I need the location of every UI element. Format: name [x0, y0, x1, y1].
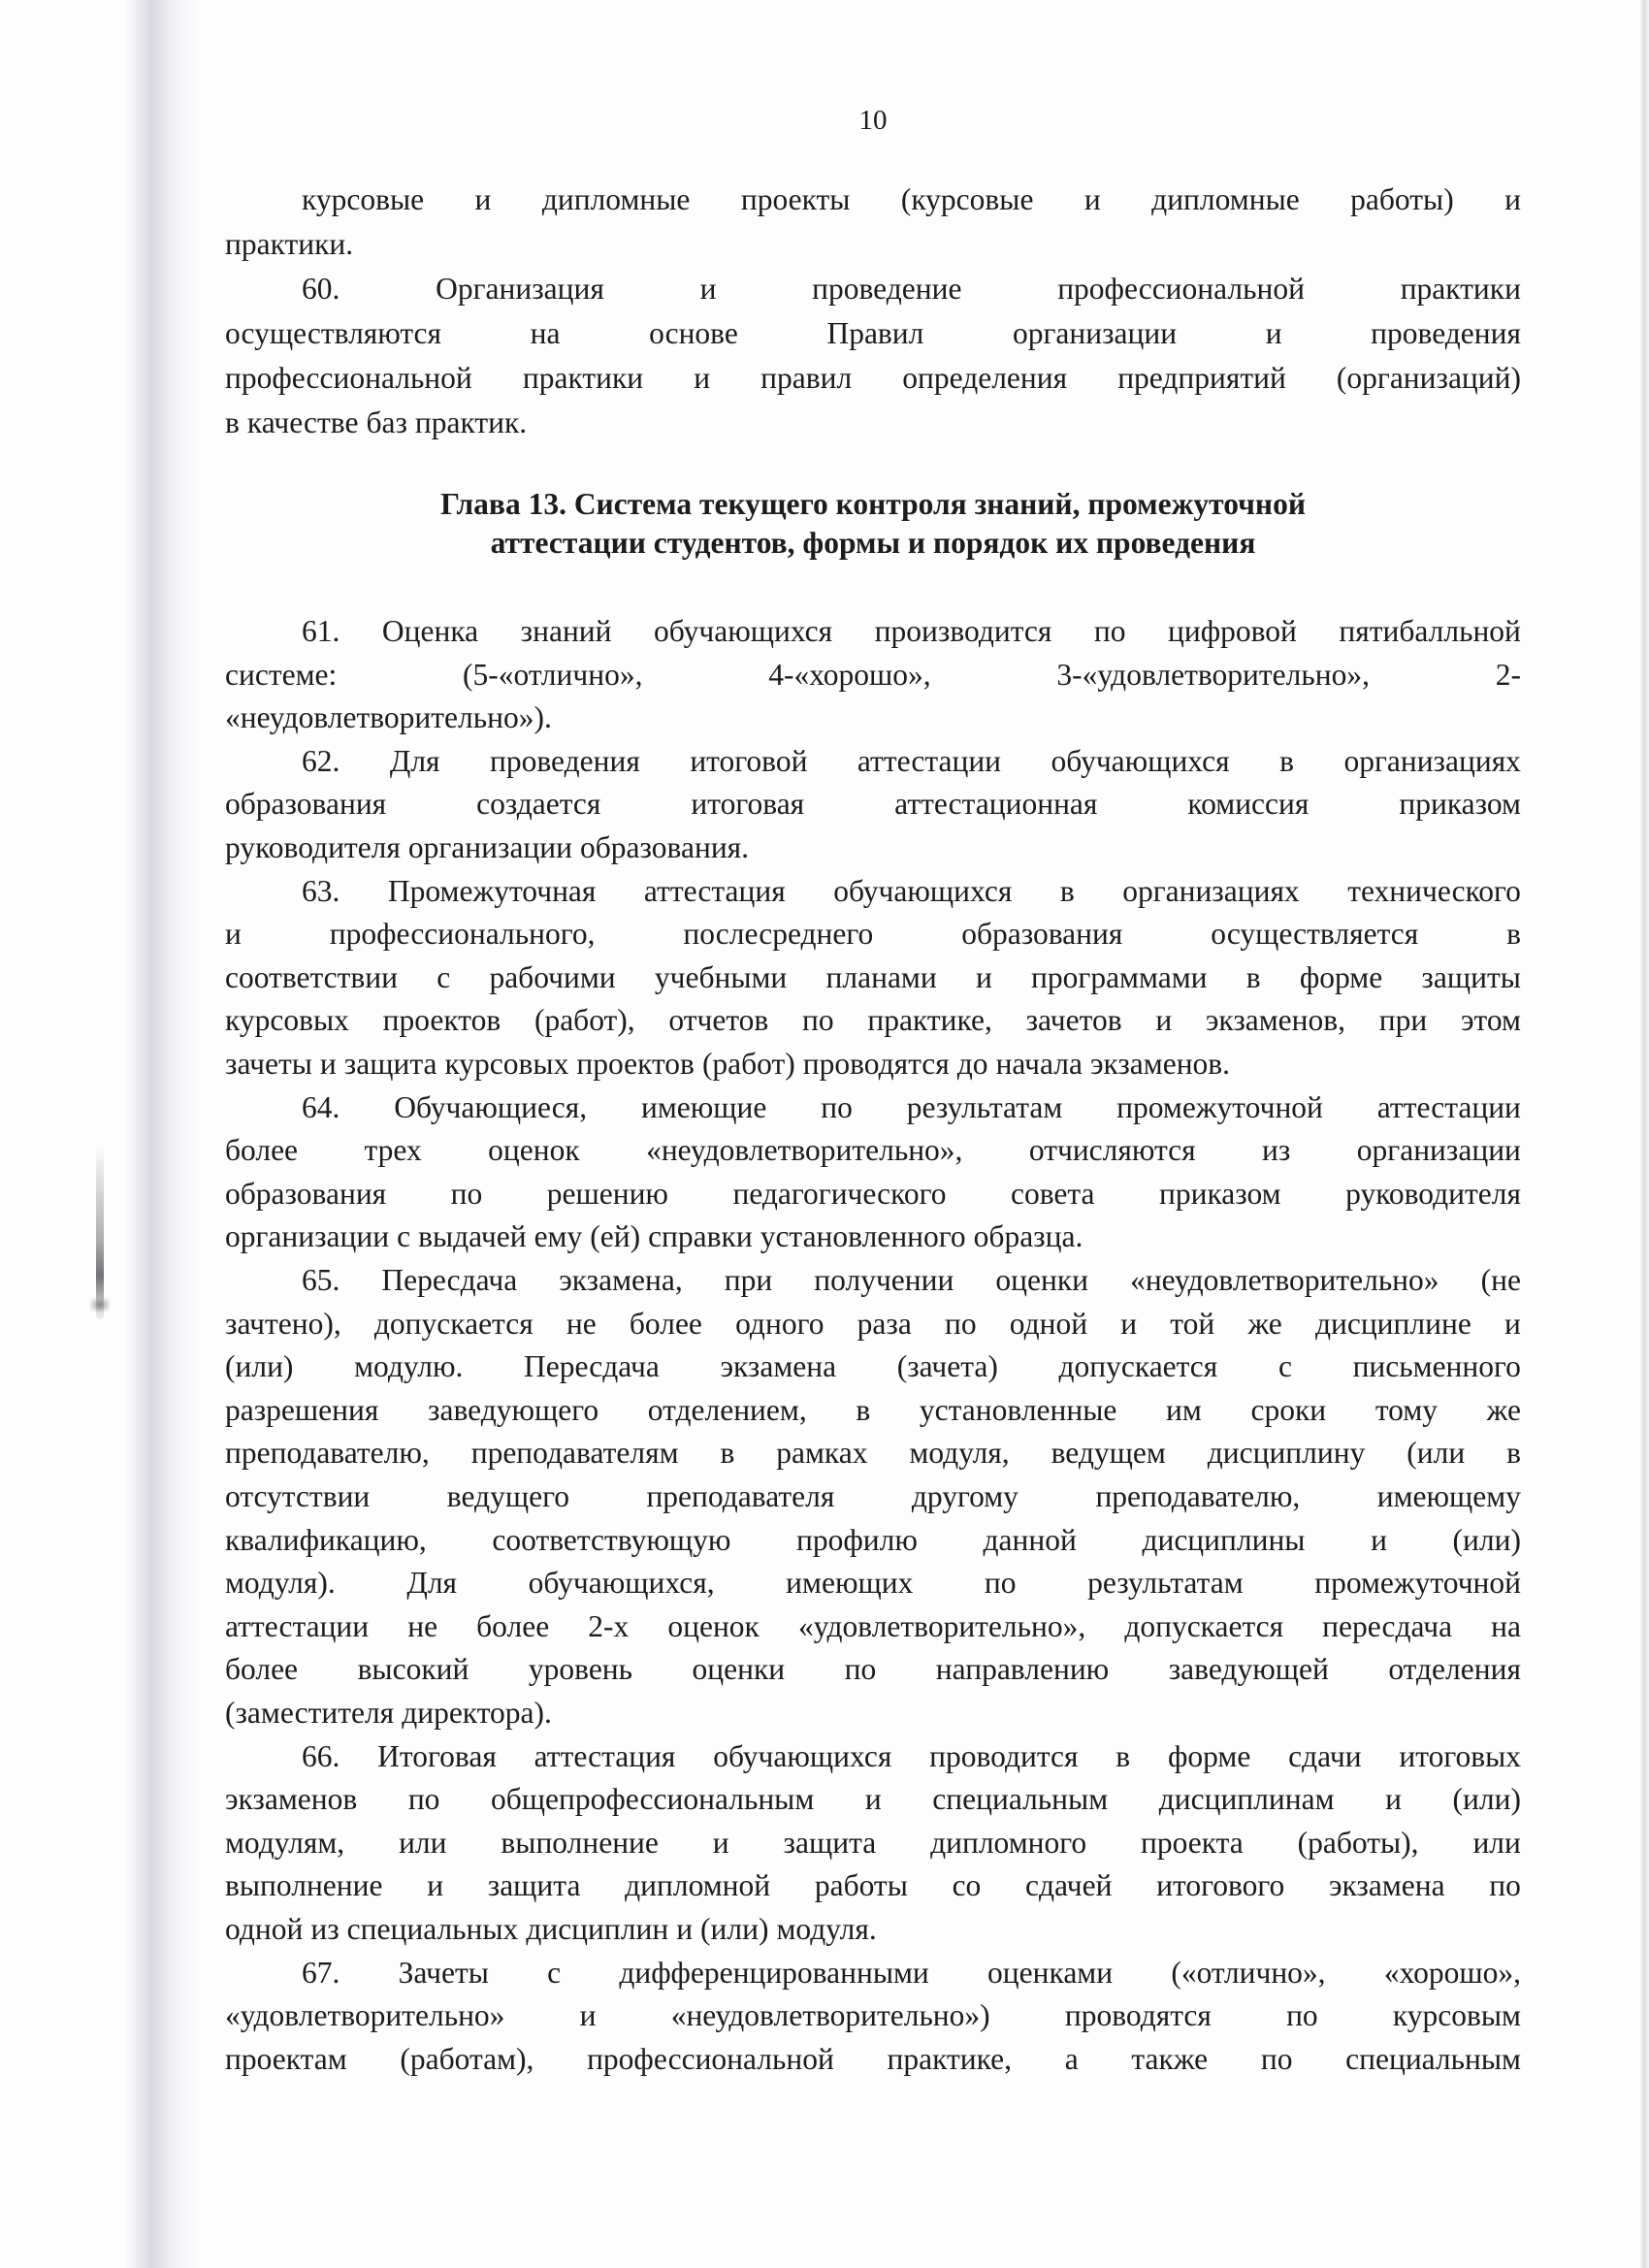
paragraph-67-line: «удовлетворительно»и«неудовлетворительно…: [225, 1996, 1521, 2035]
paragraph-65-line: модуля).Дляобучающихся,имеющихпорезульта…: [225, 1564, 1521, 1603]
paragraph-65-line: преподавателю,преподавателямврамкахмодул…: [225, 1434, 1521, 1473]
page-right-edge: [1639, 0, 1649, 2268]
paragraph-66-line: однойизспециальныхдисциплини(или)модуля.: [225, 1910, 1521, 1949]
paragraph-66-line: модулям,иливыполнениеизащитадипломногопр…: [225, 1824, 1521, 1863]
paragraph-64-line: организациисвыдачейему(ей)справкиустанов…: [225, 1217, 1521, 1256]
paragraph-66-line: экзаменовпообщепрофессиональнымиспециаль…: [225, 1780, 1521, 1819]
paragraph-61-line: «неудовлетворительно»).: [225, 698, 1521, 737]
paragraph-62-line: 62.Дляпроведенияитоговойаттестацииобучаю…: [302, 742, 1521, 781]
paragraph-65-line: (заместителядиректора).: [225, 1694, 1521, 1733]
paragraph-66-line: выполнениеизащитадипломнойработысосдачей…: [225, 1866, 1521, 1905]
paragraph-63-line: зачетыизащитакурсовыхпроектов(работ)пров…: [225, 1045, 1521, 1084]
paragraph-65-line: зачтено),допускаетсянеболееодногоразапоо…: [225, 1305, 1521, 1344]
intro-line: практики.: [225, 225, 1521, 264]
paragraph-63-line: соответствиисрабочимиучебнымипланамиипро…: [225, 958, 1521, 997]
paragraph-62-line: руководителяорганизацииобразования.: [225, 828, 1521, 867]
paragraph-60-line: 60.Организацияипроведениепрофессионально…: [302, 270, 1521, 308]
chapter-title-line-1: Глава 13. Система текущего контроля знан…: [225, 485, 1521, 524]
page-number: 10: [824, 101, 921, 140]
paragraph-63-line: курсовыхпроектов(работ),отчетовпопрактик…: [225, 1001, 1521, 1040]
paragraph-65-line: 65.Пересдачаэкзамена,приполученииоценки«…: [302, 1261, 1521, 1300]
scan-shadow: [124, 0, 202, 2268]
paragraph-61-line: 61.Оценказнанийобучающихсяпроизводитсяпо…: [302, 612, 1521, 651]
paragraph-67-line: 67.Зачетысдифференцированнымиоценками(«о…: [302, 1954, 1521, 1993]
paragraph-65-line: отсутствииведущегопреподавателядругомупр…: [225, 1477, 1521, 1516]
paragraph-60-line: осуществляютсянаосновеПравилорганизациии…: [225, 314, 1521, 353]
paragraph-66-line: 66.Итоговаяаттестацияобучающихсяпроводит…: [302, 1737, 1521, 1776]
paragraph-65-line: разрешениязаведующегоотделением,вустанов…: [225, 1391, 1521, 1430]
paragraph-64-line: образованияпорешениюпедагогическогосовет…: [225, 1175, 1521, 1214]
intro-line: курсовыеидипломныепроекты(курсовыеидипло…: [302, 180, 1521, 219]
paragraph-64-line: 64.Обучающиеся,имеющиепорезультатампроме…: [302, 1088, 1521, 1127]
paragraph-64-line: болеетрехоценок«неудовлетворительно»,отч…: [225, 1131, 1521, 1170]
paragraph-65-line: аттестациинеболее2-хоценок«удовлетворите…: [225, 1607, 1521, 1646]
paragraph-61-line: системе:(5-«отлично»,4-«хорошо»,3-«удовл…: [225, 656, 1521, 695]
scan-artifact-mark: [90, 1298, 110, 1312]
paragraph-63-line: 63.Промежуточнаяаттестацияобучающихсявор…: [302, 872, 1521, 911]
paragraph-62-line: образованиясоздаетсяитоговаяаттестационн…: [225, 785, 1521, 824]
paragraph-65-line: болеевысокийуровеньоценкипонаправлениюза…: [225, 1650, 1521, 1689]
scan-artifact-line: [96, 1145, 104, 1319]
paragraph-65-line: (или)модулю.Пересдачаэкзамена(зачета)доп…: [225, 1347, 1521, 1386]
paragraph-60-line: вкачествебазпрактик.: [225, 404, 1521, 442]
chapter-title-line-2: аттестации студентов, формы и порядок их…: [225, 524, 1521, 563]
paragraph-65-line: квалификацию,соответствующуюпрофилюданно…: [225, 1521, 1521, 1560]
paragraph-60-line: профессиональнойпрактикииправилопределен…: [225, 359, 1521, 398]
paragraph-63-line: ипрофессионального,послесреднегообразова…: [225, 915, 1521, 954]
paragraph-67-line: проектам(работам),профессиональнойпракти…: [225, 2040, 1521, 2079]
